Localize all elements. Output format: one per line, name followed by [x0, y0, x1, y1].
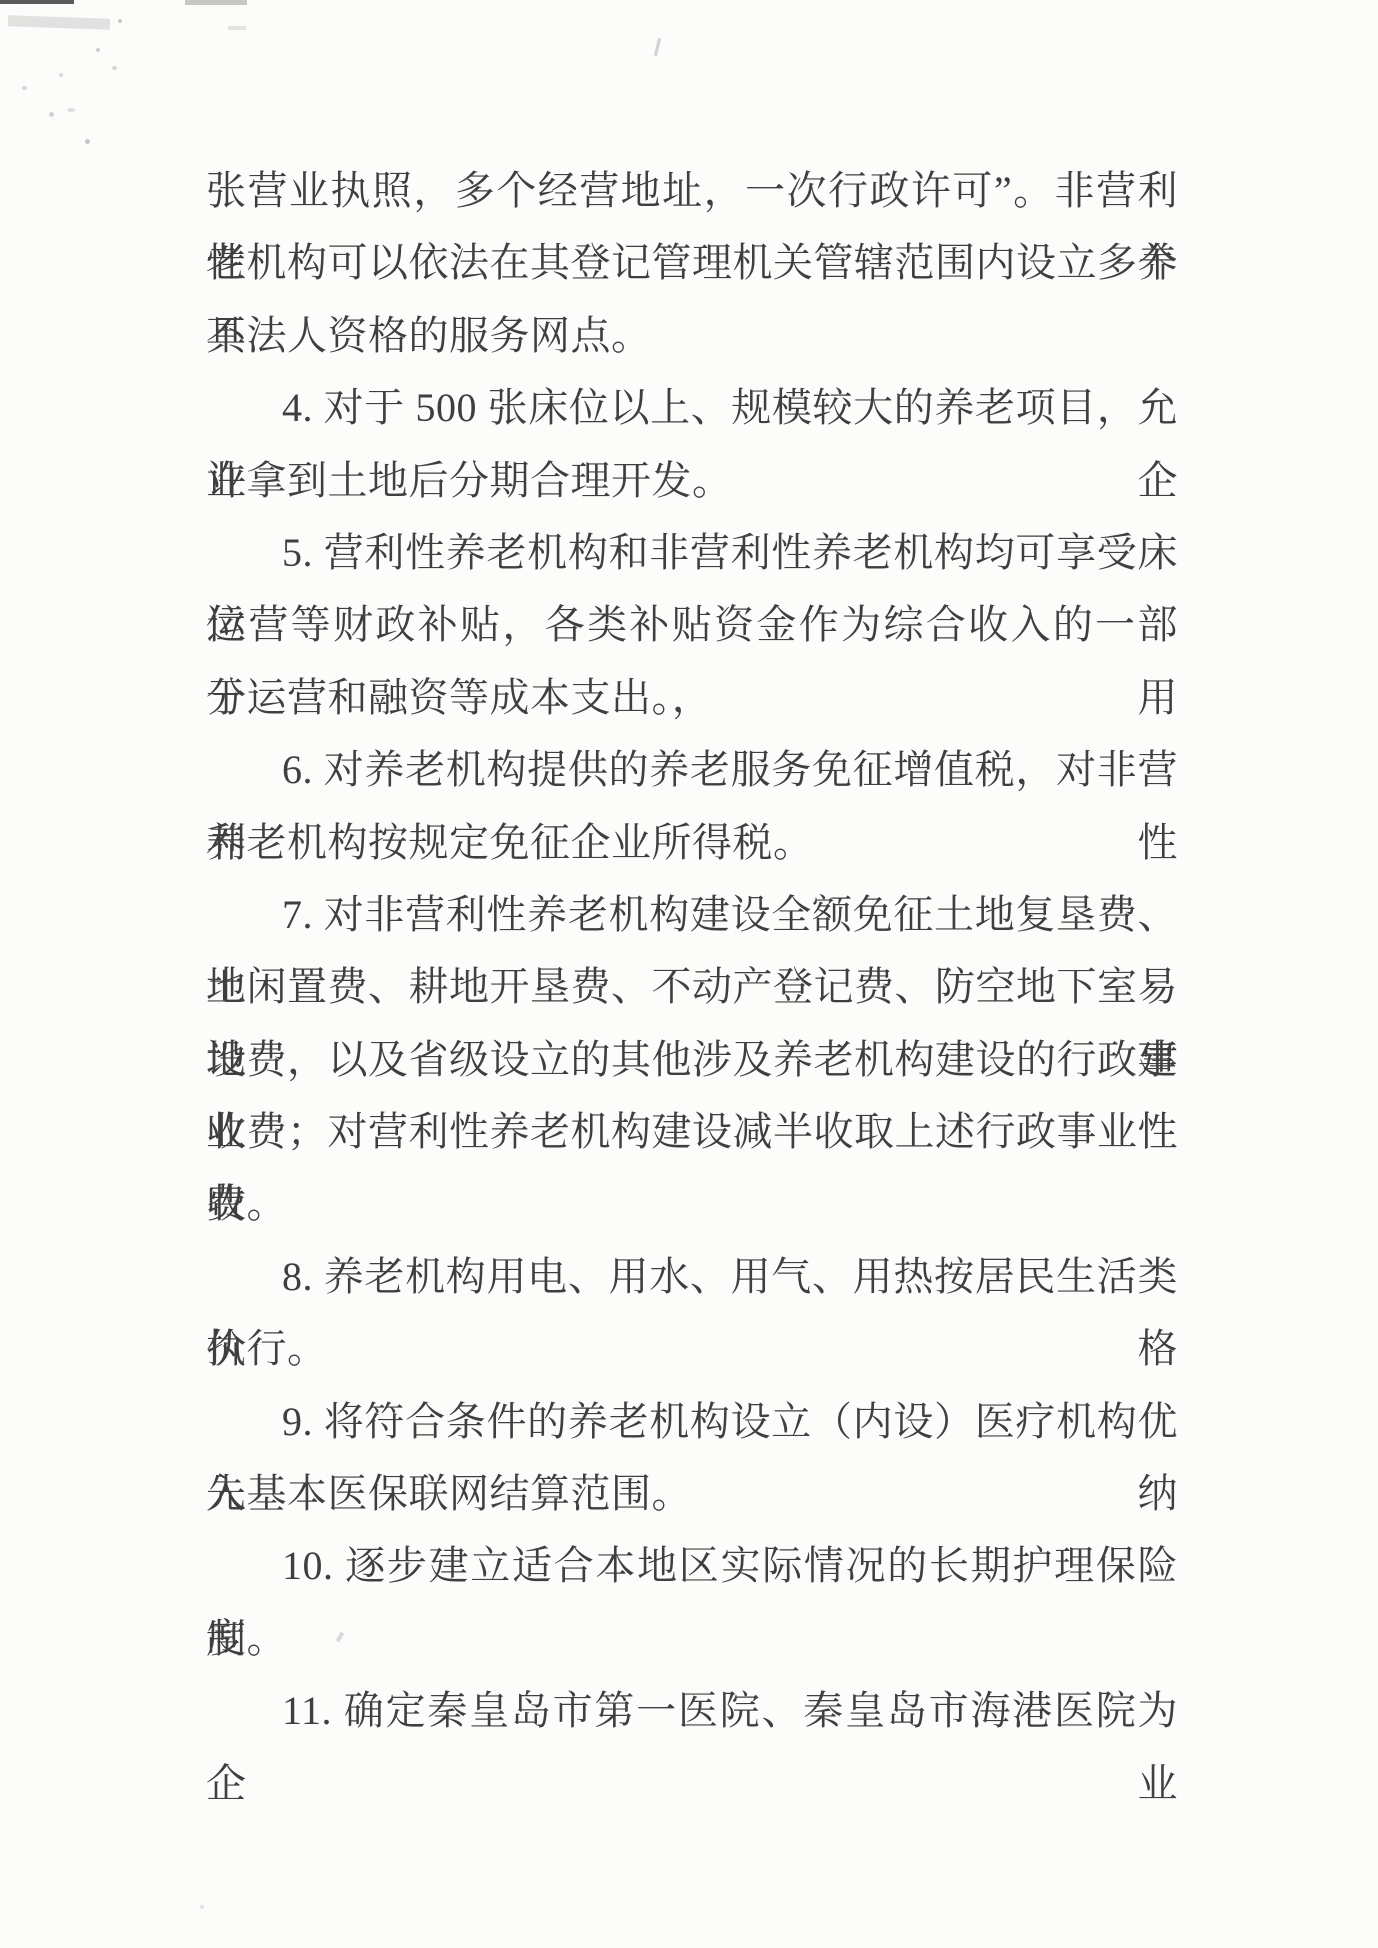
scan-speck — [228, 26, 246, 30]
scan-speck — [8, 15, 110, 30]
scan-speck — [49, 112, 54, 117]
text-line: 度。 — [206, 1603, 1178, 1675]
text-line: 老机构可以依法在其登记管理机关管辖范围内设立多个不 — [206, 227, 1178, 299]
scanned-document-page: 张营业执照，多个经营地址，一次行政许可”。非营利性养老机构可以依法在其登记管理机… — [0, 0, 1378, 1948]
text-line: 张营业执照，多个经营地址，一次行政许可”。非营利性养 — [206, 155, 1178, 227]
scan-speck — [22, 86, 27, 90]
text-line: 费。 — [206, 1168, 1178, 1240]
scan-speck — [96, 48, 100, 52]
text-line: 7. 对非营利性养老机构建设全额免征土地复垦费、土 — [206, 879, 1178, 951]
text-line: 运营等财政补贴，各类补贴资金作为综合收入的一部分，用 — [206, 589, 1178, 661]
scan-speck — [67, 108, 75, 112]
text-line: 4. 对于 500 张床位以上、规模较大的养老项目，允许企 — [206, 372, 1178, 444]
scan-speck — [59, 73, 63, 77]
text-line: 6. 对养老机构提供的养老服务免征增值税，对非营利性 — [206, 734, 1178, 806]
scan-speck — [185, 0, 247, 5]
text-line: 地闲置费、耕地开垦费、不动产登记费、防空地下室易地建 — [206, 951, 1178, 1023]
text-line: 11. 确定秦皇岛市第一医院、秦皇岛市海港医院为企业 — [206, 1675, 1178, 1747]
document-body: 张营业执照，多个经营地址，一次行政许可”。非营利性养老机构可以依法在其登记管理机… — [206, 155, 1178, 1748]
scan-speck — [654, 38, 661, 56]
text-line: 10. 逐步建立适合本地区实际情况的长期护理保险制 — [206, 1530, 1178, 1602]
scan-speck — [85, 139, 90, 144]
scan-speck — [112, 66, 117, 70]
scan-speck — [200, 1905, 204, 1909]
scan-speck — [118, 19, 122, 23]
text-line: 5. 营利性养老机构和非营利性养老机构均可享受床位 — [206, 517, 1178, 589]
text-line: 收费；对营利性养老机构建设减半收取上述行政事业性收 — [206, 1096, 1178, 1168]
text-line: 9. 将符合条件的养老机构设立（内设）医疗机构优先纳 — [206, 1386, 1178, 1458]
scan-speck — [0, 0, 74, 4]
text-line: 具法人资格的服务网点。 — [206, 300, 1178, 372]
text-line: 8. 养老机构用电、用水、用气、用热按居民生活类价格 — [206, 1241, 1178, 1313]
text-line: 设费，以及省级设立的其他涉及养老机构建设的行政事业性 — [206, 1024, 1178, 1096]
